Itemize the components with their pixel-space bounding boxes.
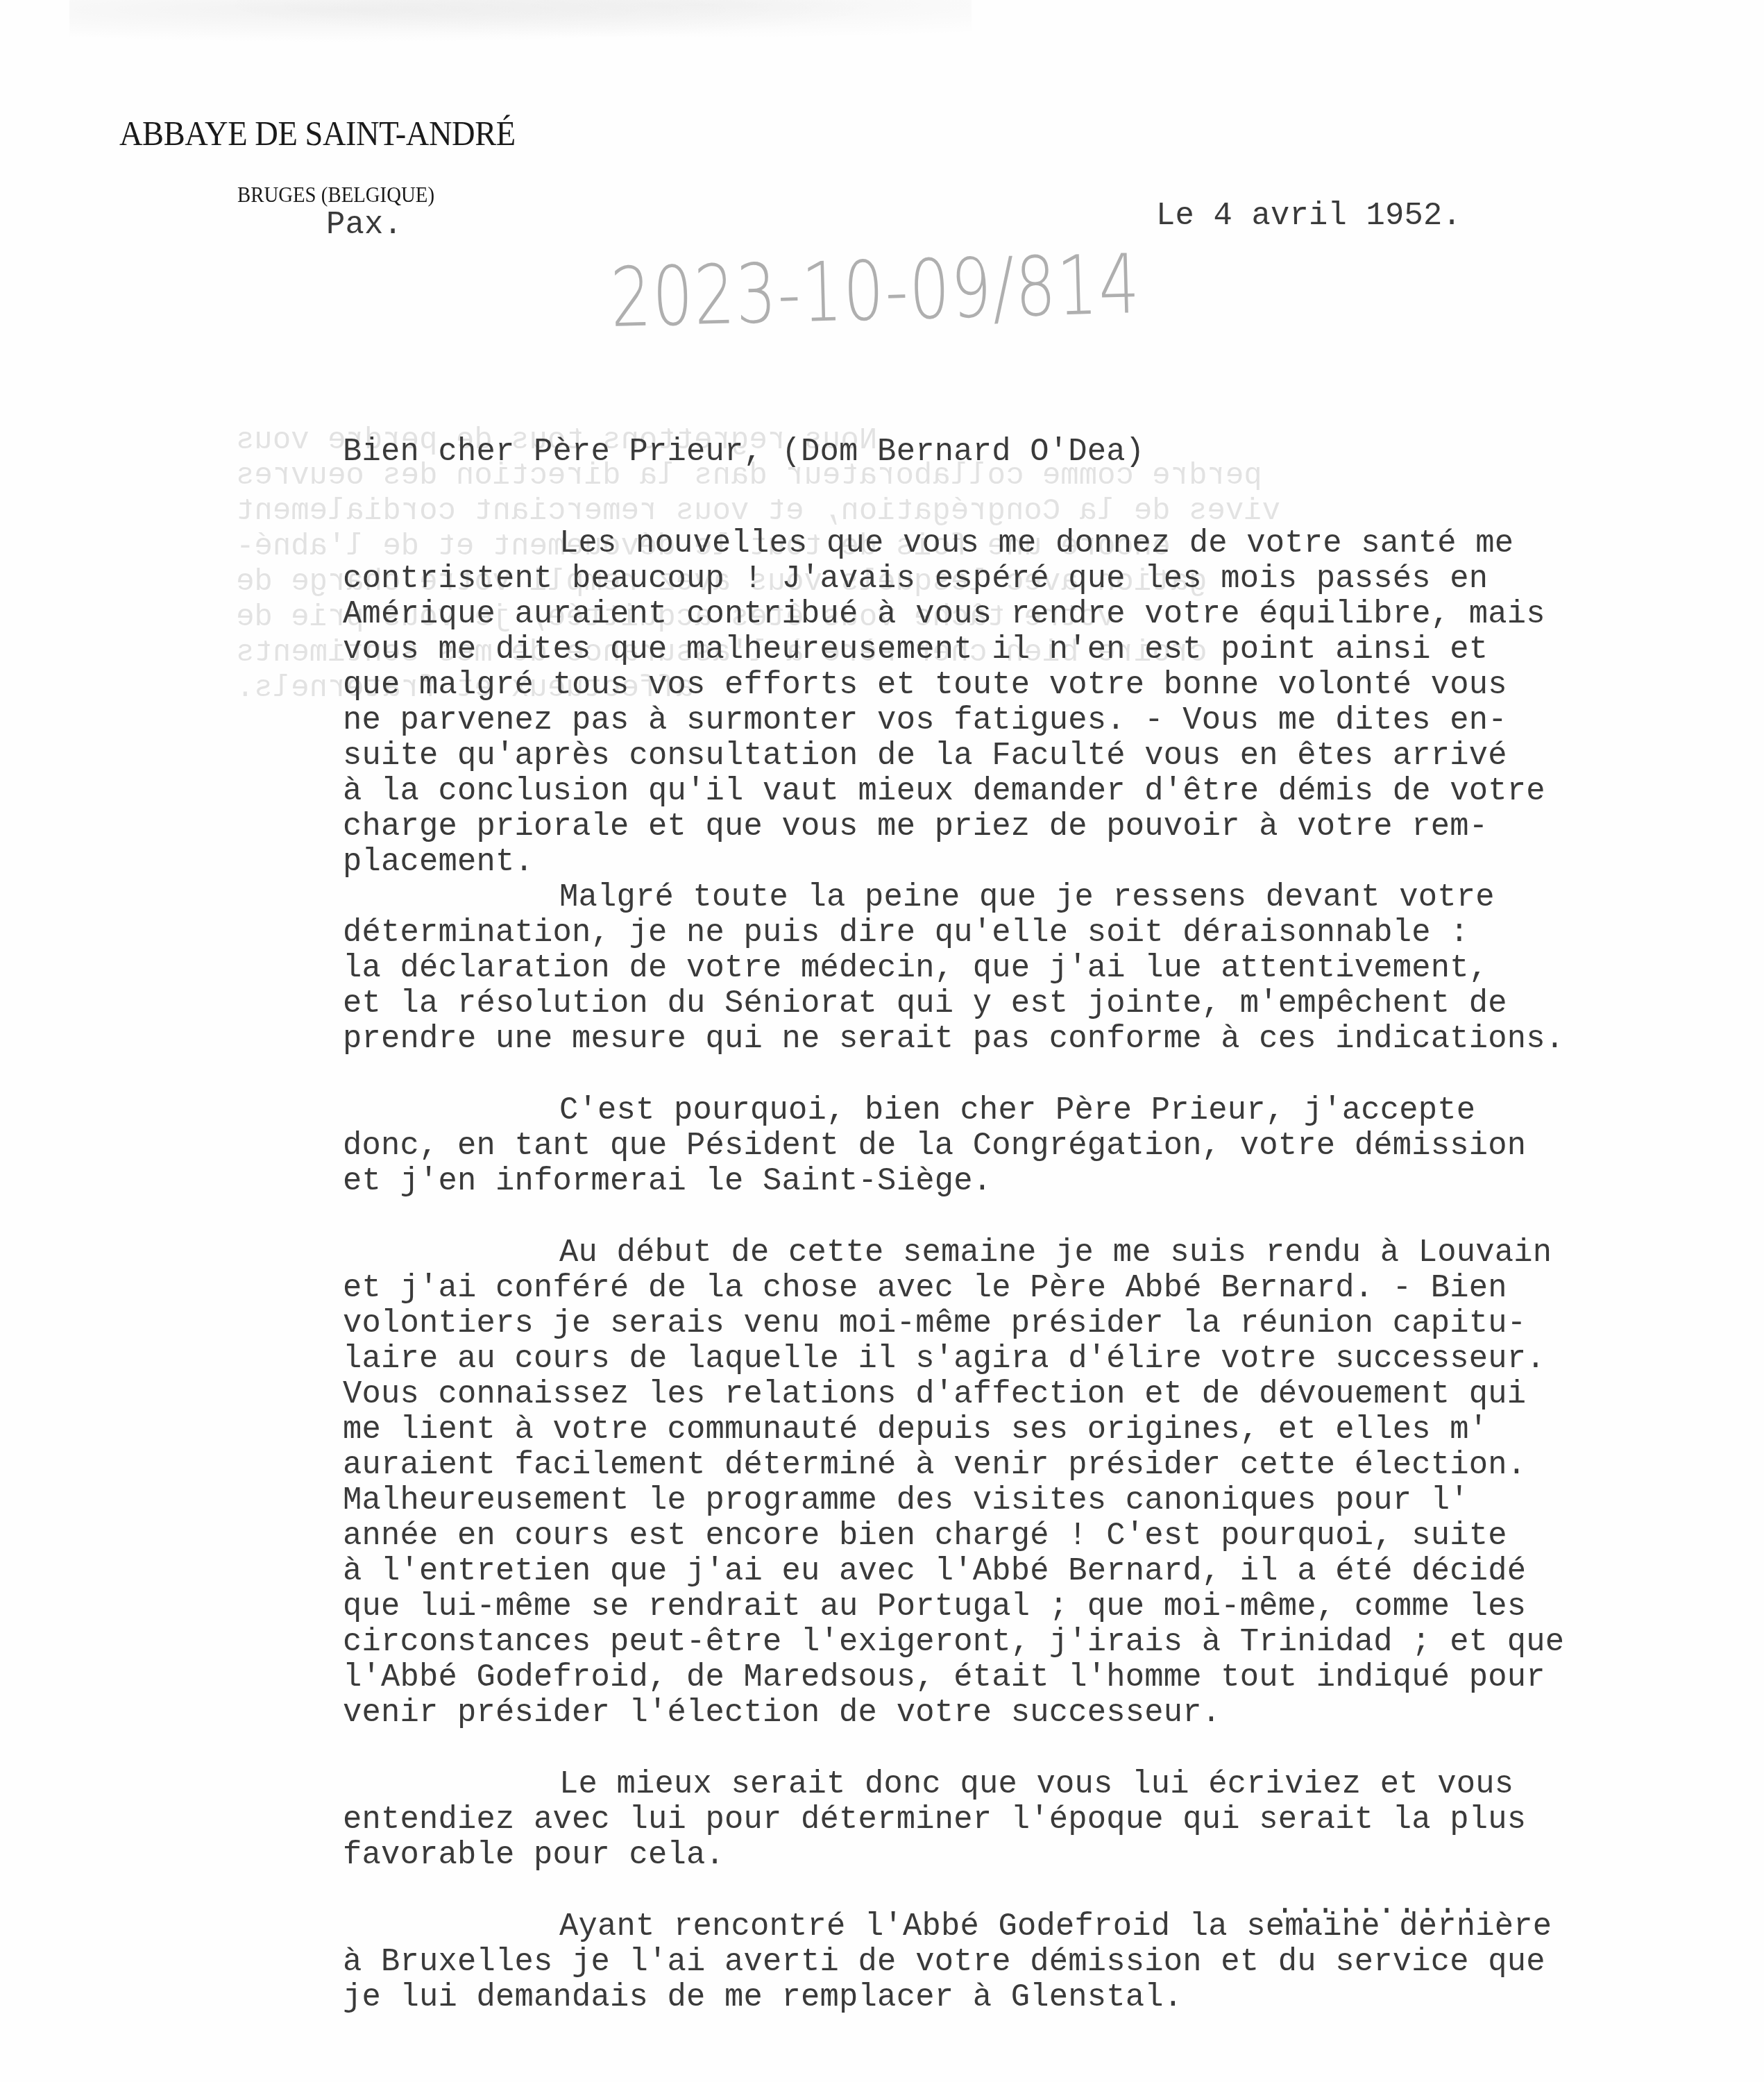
text-line: venir présider l'élection de votre succe… (343, 1695, 1731, 1731)
paper-crease (69, 0, 972, 49)
text-line: donc, en tant que Pésident de la Congrég… (343, 1128, 1731, 1164)
text-line: circonstances peut-être l'exigeront, j'i… (343, 1625, 1731, 1660)
letter-page: Nous regrettons tous de perdre vousperdr… (0, 0, 1764, 2082)
text-line: placement. (343, 845, 1731, 880)
text-line: je lui demandais de me remplacer à Glens… (343, 1980, 1731, 2015)
continuation-mark: .......... (1275, 1886, 1479, 1922)
letter-body: Les nouvelles que vous me donnez de votr… (343, 526, 1731, 2015)
paragraph: C'est pourquoi, bien cher Père Prieur, j… (343, 1093, 1731, 1199)
text-line: volontiers je serais venu moi-même prési… (343, 1306, 1731, 1342)
text-line: entendiez avec lui pour déterminer l'épo… (343, 1802, 1731, 1838)
text-line: Amérique auraient contribué à vous rendr… (343, 597, 1731, 632)
text-line: que lui-même se rendrait au Portugal ; q… (343, 1589, 1731, 1625)
text-line: détermination, je ne puis dire qu'elle s… (343, 915, 1731, 951)
text-line: suite qu'après consultation de la Facult… (343, 738, 1731, 774)
paragraph: Le mieux serait donc que vous lui écrivi… (343, 1767, 1731, 1873)
text-line: prendre une mesure qui ne serait pas con… (343, 1022, 1731, 1057)
text-line: contristent beaucoup ! J'avais espéré qu… (343, 561, 1731, 597)
text-line: Malgré toute la peine que je ressens dev… (343, 880, 1731, 915)
paragraph: Au début de cette semaine je me suis ren… (343, 1235, 1731, 1731)
text-line: me lient à votre communauté depuis ses o… (343, 1412, 1731, 1448)
text-line: la déclaration de votre médecin, que j'a… (343, 951, 1731, 986)
text-line: et j'ai conféré de la chose avec le Père… (343, 1271, 1731, 1306)
paragraph: Les nouvelles que vous me donnez de votr… (343, 526, 1731, 880)
text-line: que malgré tous vos efforts et toute vot… (343, 668, 1731, 703)
text-line: auraient facilement déterminé à venir pr… (343, 1448, 1731, 1483)
text-line: et la résolution du Séniorat qui y est j… (343, 986, 1731, 1022)
text-line: Au début de cette semaine je me suis ren… (343, 1235, 1731, 1271)
text-line: Les nouvelles que vous me donnez de votr… (343, 526, 1731, 561)
text-line: C'est pourquoi, bien cher Père Prieur, j… (343, 1093, 1731, 1128)
text-line: laire au cours de laquelle il s'agira d'… (343, 1342, 1731, 1377)
text-line: favorable pour cela. (343, 1838, 1731, 1873)
text-line: à la conclusion qu'il vaut mieux demande… (343, 774, 1731, 809)
letter-date: Le 4 avril 1952. (1156, 198, 1461, 234)
paragraph: Ayant rencontré l'Abbé Godefroid la sema… (343, 1909, 1731, 2015)
text-line: charge priorale et que vous me priez de … (343, 809, 1731, 845)
text-line: Ayant rencontré l'Abbé Godefroid la sema… (343, 1909, 1731, 1945)
text-line: Malheureusement le programme des visites… (343, 1483, 1731, 1518)
text-line: vous me dites que malheureusement il n'e… (343, 632, 1731, 668)
faint-pencil-mark (221, 874, 232, 906)
paragraph: Malgré toute la peine que je ressens dev… (343, 880, 1731, 1057)
text-line: année en cours est encore bien chargé ! … (343, 1518, 1731, 1554)
text-line: à l'entretien que j'ai eu avec l'Abbé Be… (343, 1554, 1731, 1589)
letterhead-title: ABBAYE DE SAINT-ANDRÉ (119, 113, 516, 153)
text-line: ne parvenez pas à surmonter vos fatigues… (343, 703, 1731, 738)
text-line: à Bruxelles je l'ai averti de votre démi… (343, 1945, 1731, 1980)
letterhead-subtitle: BRUGES (BELGIQUE) (237, 182, 434, 208)
text-line: l'Abbé Godefroid, de Maredsous, était l'… (343, 1660, 1731, 1695)
salutation: Bien cher Père Prieur, (Dom Bernard O'De… (343, 434, 1144, 470)
text-line: Le mieux serait donc que vous lui écrivi… (343, 1767, 1731, 1802)
text-line: Vous connaissez les relations d'affectio… (343, 1377, 1731, 1412)
bleed-line: vives de la Congrégation, et vous remerc… (236, 494, 1485, 530)
text-line: et j'en informerai le Saint-Siège. (343, 1164, 1731, 1199)
archive-number-pencil: 2023-10-09/814 (609, 236, 1142, 346)
greeting-motto: Pax. (326, 207, 402, 243)
